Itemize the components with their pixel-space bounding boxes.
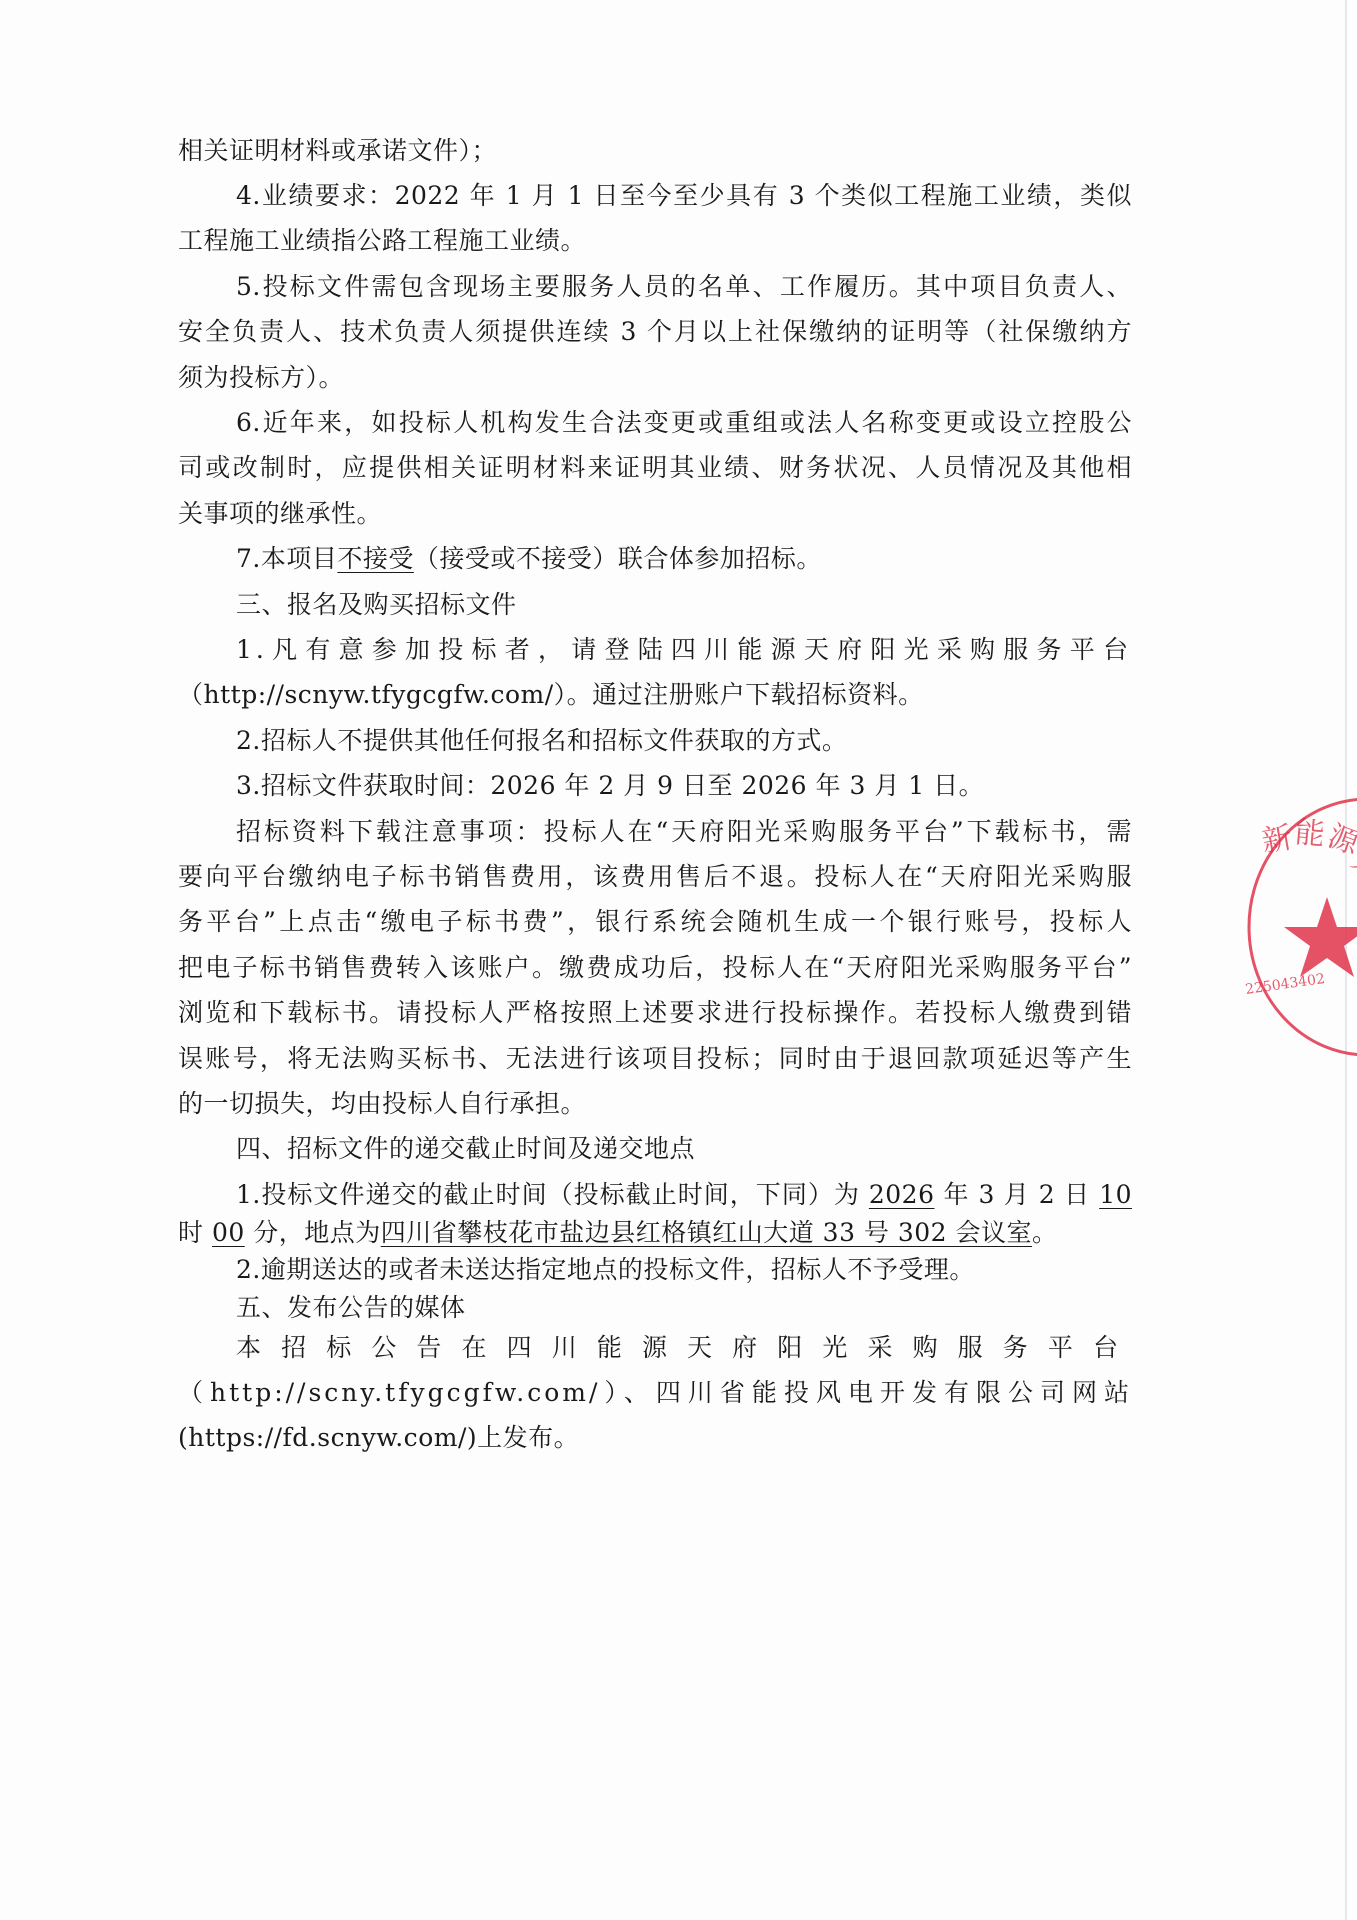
text-line: 3.招标文件获取时间：2026 年 2 月 9 日至 2026 年 3 月 1 … bbox=[236, 768, 1132, 804]
text-line: 招标资料下载注意事项：投标人在“天府阳光采购服务平台”下载标书，需 bbox=[236, 814, 1132, 850]
text-line: 司或改制时，应提供相关证明材料来证明其业绩、财务状况、人员情况及其他相 bbox=[178, 450, 1132, 486]
location-line: 时 00 分，地点为四川省攀枝花市盐边县红格镇红山大道 33 号 302 会议室… bbox=[178, 1215, 1132, 1251]
text-line: 要向平台缴纳电子标书销售费用，该费用售后不退。投标人在“天府阳光采购服 bbox=[178, 859, 1132, 895]
text-line: 2.招标人不提供其他任何报名和招标文件获取的方式。 bbox=[236, 723, 1132, 759]
section-heading: 五、发布公告的媒体 bbox=[236, 1290, 1132, 1326]
svg-text:新: 新 bbox=[1259, 820, 1295, 860]
text-line: 务平台”上点击“缴电子标书费”，银行系统会随机生成一个银行账号，投标人 bbox=[178, 904, 1132, 940]
text-line: 浏览和下载标书。请投标人严格按照上述要求进行投标操作。若投标人缴费到错 bbox=[178, 995, 1132, 1031]
text-line: 工程施工业绩指公路工程施工业绩。 bbox=[178, 223, 1132, 259]
svg-text:能: 能 bbox=[1293, 815, 1326, 852]
text-line: 关事项的继承性。 bbox=[178, 496, 1132, 532]
text-span: （接受或不接受）联合体参加招标。 bbox=[414, 544, 822, 573]
text-line: 把电子标书销售费转入该账户。缴费成功后，投标人在“天府阳光采购服务平台” bbox=[178, 950, 1132, 986]
svg-text:源: 源 bbox=[1323, 819, 1357, 862]
text-line: 2.逾期送达的或者未送达指定地点的投标文件，招标人不予受理。 bbox=[236, 1252, 1132, 1288]
text-line: 的一切损失，均由投标人自行承担。 bbox=[178, 1086, 1132, 1122]
deadline-minute: 00 bbox=[212, 1218, 245, 1247]
section-heading: 四、招标文件的递交截止时间及递交地点 bbox=[236, 1131, 1132, 1167]
text-span: 1.投标文件递交的截止时间（投标截止时间，下同）为 bbox=[236, 1180, 869, 1209]
text-span: 年 3 月 2 日 bbox=[934, 1180, 1099, 1209]
section-heading: 三、报名及购买招标文件 bbox=[236, 587, 1132, 623]
underlined-value: 不接受 bbox=[337, 544, 414, 573]
text-line: 1.凡有意参加投标者，请登陆四川能源天府阳光采购服务平台 bbox=[236, 632, 1132, 668]
submission-address: 四川省攀枝花市盐边县红格镇红山大道 33 号 302 会议室 bbox=[381, 1218, 1032, 1247]
text-span: 时 bbox=[178, 1218, 212, 1247]
deadline-hour: 10 bbox=[1099, 1180, 1132, 1209]
text-line: 相关证明材料或承诺文件）； bbox=[178, 133, 1132, 169]
text-line: 4.业绩要求：2022 年 1 月 1 日至今至少具有 3 个类似工程施工业绩，… bbox=[236, 178, 1132, 214]
text-span: 。 bbox=[1032, 1218, 1058, 1247]
text-line: 误账号，将无法购买标书、无法进行该项目投标；同时由于退回款项延迟等产生 bbox=[178, 1041, 1132, 1077]
text-line: 须为投标方）。 bbox=[178, 360, 1132, 396]
company-seal: 新 能 源 开 225043402 bbox=[1232, 792, 1357, 1062]
text-line: 本招标公告在四川能源天府阳光采购服务平台 bbox=[236, 1330, 1132, 1366]
url-line: （http://scny.tfygcgfw.com/）、四川省能投风电开发有限公… bbox=[178, 1375, 1132, 1411]
star-icon bbox=[1284, 897, 1357, 977]
deadline-line: 1.投标文件递交的截止时间（投标截止时间，下同）为 2026 年 3 月 2 日… bbox=[236, 1177, 1132, 1213]
text-line: 安全负责人、技术负责人须提供连续 3 个月以上社保缴纳的证明等（社保缴纳方 bbox=[178, 314, 1132, 350]
consortium-clause: 7.本项目不接受（接受或不接受）联合体参加招标。 bbox=[236, 541, 1132, 577]
url-line: （http://scnyw.tfygcgfw.com/）。通过注册账户下载招标资… bbox=[178, 677, 1132, 713]
text-line: 6.近年来，如投标人机构发生合法变更或重组或法人名称变更或设立控股公 bbox=[236, 405, 1132, 441]
text-span: 分，地点为 bbox=[245, 1218, 381, 1247]
deadline-year: 2026 bbox=[869, 1180, 935, 1209]
text-span: 7.本项目 bbox=[236, 544, 337, 573]
url-line: (https://fd.scnyw.com/)上发布。 bbox=[178, 1420, 1132, 1456]
document-page: 相关证明材料或承诺文件）； 4.业绩要求：2022 年 1 月 1 日至今至少具… bbox=[0, 0, 1347, 1920]
text-line: 5.投标文件需包含现场主要服务人员的名单、工作履历。其中项目负责人、 bbox=[236, 269, 1132, 305]
